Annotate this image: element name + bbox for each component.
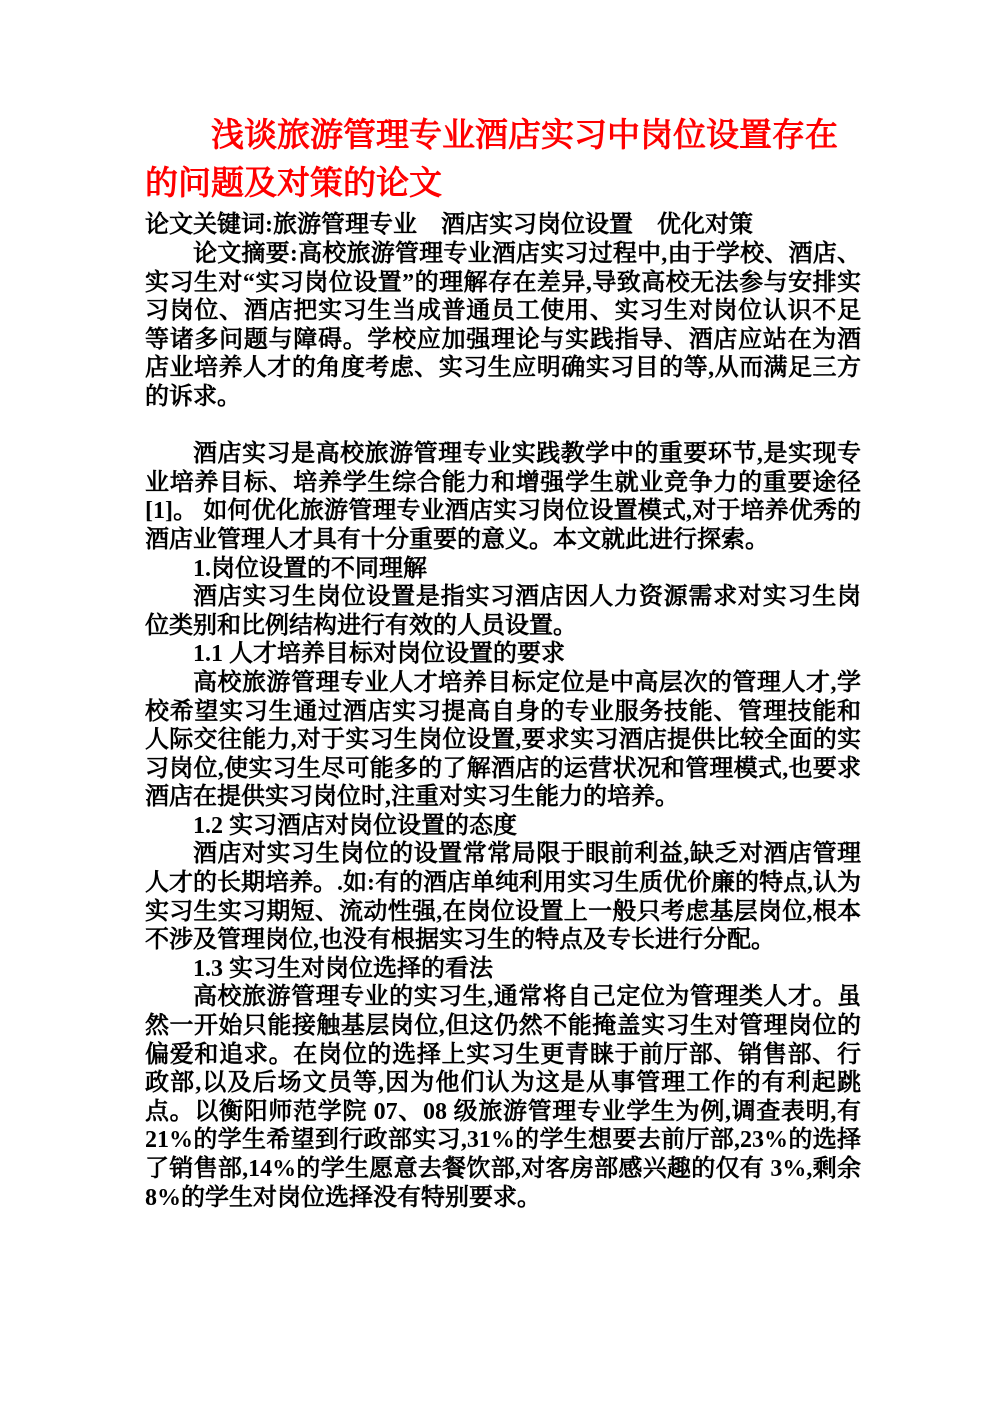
document-body: 酒店实习是高校旅游管理专业实践教学中的重要环节,是实现专业培养目标、培养学生综合… xyxy=(145,412,861,1213)
section-heading: 1.1 人才培养目标对岗位设置的要求 xyxy=(145,640,861,669)
section-heading: 1.岗位设置的不同理解 xyxy=(145,555,861,584)
body-paragraph: 酒店实习生岗位设置是指实习酒店因人力资源需求对实习生岗位类别和比例结构进行有效的… xyxy=(145,583,861,640)
body-paragraph: 高校旅游管理专业的实习生,通常将自己定位为管理类人才。虽然一开始只能接触基层岗位… xyxy=(145,983,861,1212)
body-paragraph: 酒店对实习生岗位的设置常常局限于眼前利益,缺乏对酒店管理人才的长期培养。.如:有… xyxy=(145,840,861,954)
body-paragraph: 酒店实习是高校旅游管理专业实践教学中的重要环节,是实现专业培养目标、培养学生综合… xyxy=(145,440,861,554)
section-heading: 1.3 实习生对岗位选择的看法 xyxy=(145,955,861,984)
abstract-paragraph: 论文摘要:高校旅游管理专业酒店实习过程中,由于学校、酒店、实习生对“实习岗位设置… xyxy=(145,240,861,412)
blank-line xyxy=(145,412,861,441)
document-content: 浅谈旅游管理专业酒店实习中岗位设置存在的问题及对策的论文 论文关键词:旅游管理专… xyxy=(0,0,993,1212)
document-page: 浅谈旅游管理专业酒店实习中岗位设置存在的问题及对策的论文 论文关键词:旅游管理专… xyxy=(0,0,993,1404)
document-title: 浅谈旅游管理专业酒店实习中岗位设置存在的问题及对策的论文 xyxy=(145,112,861,208)
section-heading: 1.2 实习酒店对岗位设置的态度 xyxy=(145,812,861,841)
keywords-line: 论文关键词:旅游管理专业 酒店实习岗位设置 优化对策 xyxy=(145,210,861,240)
body-paragraph: 高校旅游管理专业人才培养目标定位是中高层次的管理人才,学校希望实习生通过酒店实习… xyxy=(145,669,861,812)
